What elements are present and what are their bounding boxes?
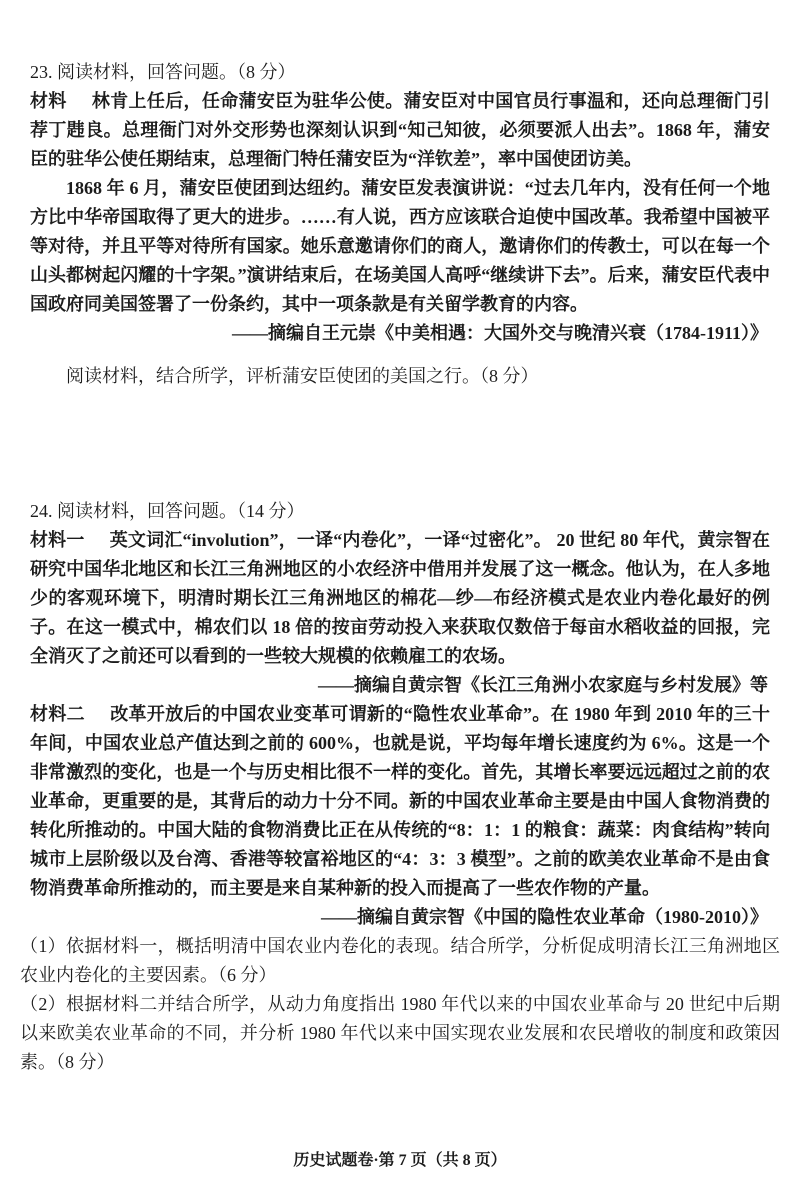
material-two-label: 材料二 — [30, 704, 85, 724]
answer-space-question-23 — [30, 391, 770, 497]
page-footer: 历史试题卷·第 7 页（共 8 页） — [0, 1146, 800, 1175]
question-24-sub-question-2: （2）根据材料二并结合所学，从动力角度指出 1980 年代以来的中国农业革命与 … — [20, 990, 780, 1077]
question-24-sub-question-1: （1）依据材料一，概括明清中国农业内卷化的表现。结合所学，分析促成明清长江三角洲… — [20, 932, 780, 990]
question-24-material-two: 材料二改革开放后的中国农业变革可谓新的“隐性农业革命”。在 1980 年到 20… — [30, 700, 770, 903]
material-paragraph-2: 1868 年 6 月，蒲安臣使团到达纽约。蒲安臣发表演讲说：“过去几年内，没有任… — [30, 174, 770, 319]
material-two-source-attribution: ——摘编自黄宗智《中国的隐性农业革命（1980-2010）》 — [30, 903, 770, 932]
question-24-material-one: 材料一英文词汇“involution”，一译“内卷化”，一译“过密化”。 20 … — [30, 526, 770, 671]
question-23-source-attribution: ——摘编自王元崇《中美相遇：大国外交与晚清兴衰（1784-1911）》 — [30, 319, 770, 348]
material-one-label: 材料一 — [30, 530, 85, 550]
question-23-block: 23. 阅读材料，回答问题。（8 分） 材料林肯上任后，任命蒲安臣为驻华公使。蒲… — [30, 58, 770, 497]
material-paragraph-1: 林肯上任后，任命蒲安臣为驻华公使。蒲安臣对中国官员行事温和，还向总理衙门引荐丁韪… — [30, 91, 770, 169]
question-24-heading: 24. 阅读材料，回答问题。（14 分） — [30, 497, 770, 526]
question-24-block: 24. 阅读材料，回答问题。（14 分） 材料一英文词汇“involution”… — [30, 497, 770, 1077]
material-one-source-attribution: ——摘编自黄宗智《长江三角洲小农家庭与乡村发展》等 — [30, 671, 770, 700]
exam-page: 23. 阅读材料，回答问题。（8 分） 材料林肯上任后，任命蒲安臣为驻华公使。蒲… — [0, 0, 800, 1201]
question-23-task: 阅读材料，结合所学，评析蒲安臣使团的美国之行。（8 分） — [30, 362, 770, 391]
material-label: 材料 — [30, 91, 67, 111]
question-23-material: 材料林肯上任后，任命蒲安臣为驻华公使。蒲安臣对中国官员行事温和，还向总理衙门引荐… — [30, 87, 770, 174]
material-two-text: 改革开放后的中国农业变革可谓新的“隐性农业革命”。在 1980 年到 2010 … — [30, 704, 770, 898]
question-23-heading: 23. 阅读材料，回答问题。（8 分） — [30, 58, 770, 87]
material-one-text: 英文词汇“involution”，一译“内卷化”，一译“过密化”。 20 世纪 … — [30, 530, 770, 666]
